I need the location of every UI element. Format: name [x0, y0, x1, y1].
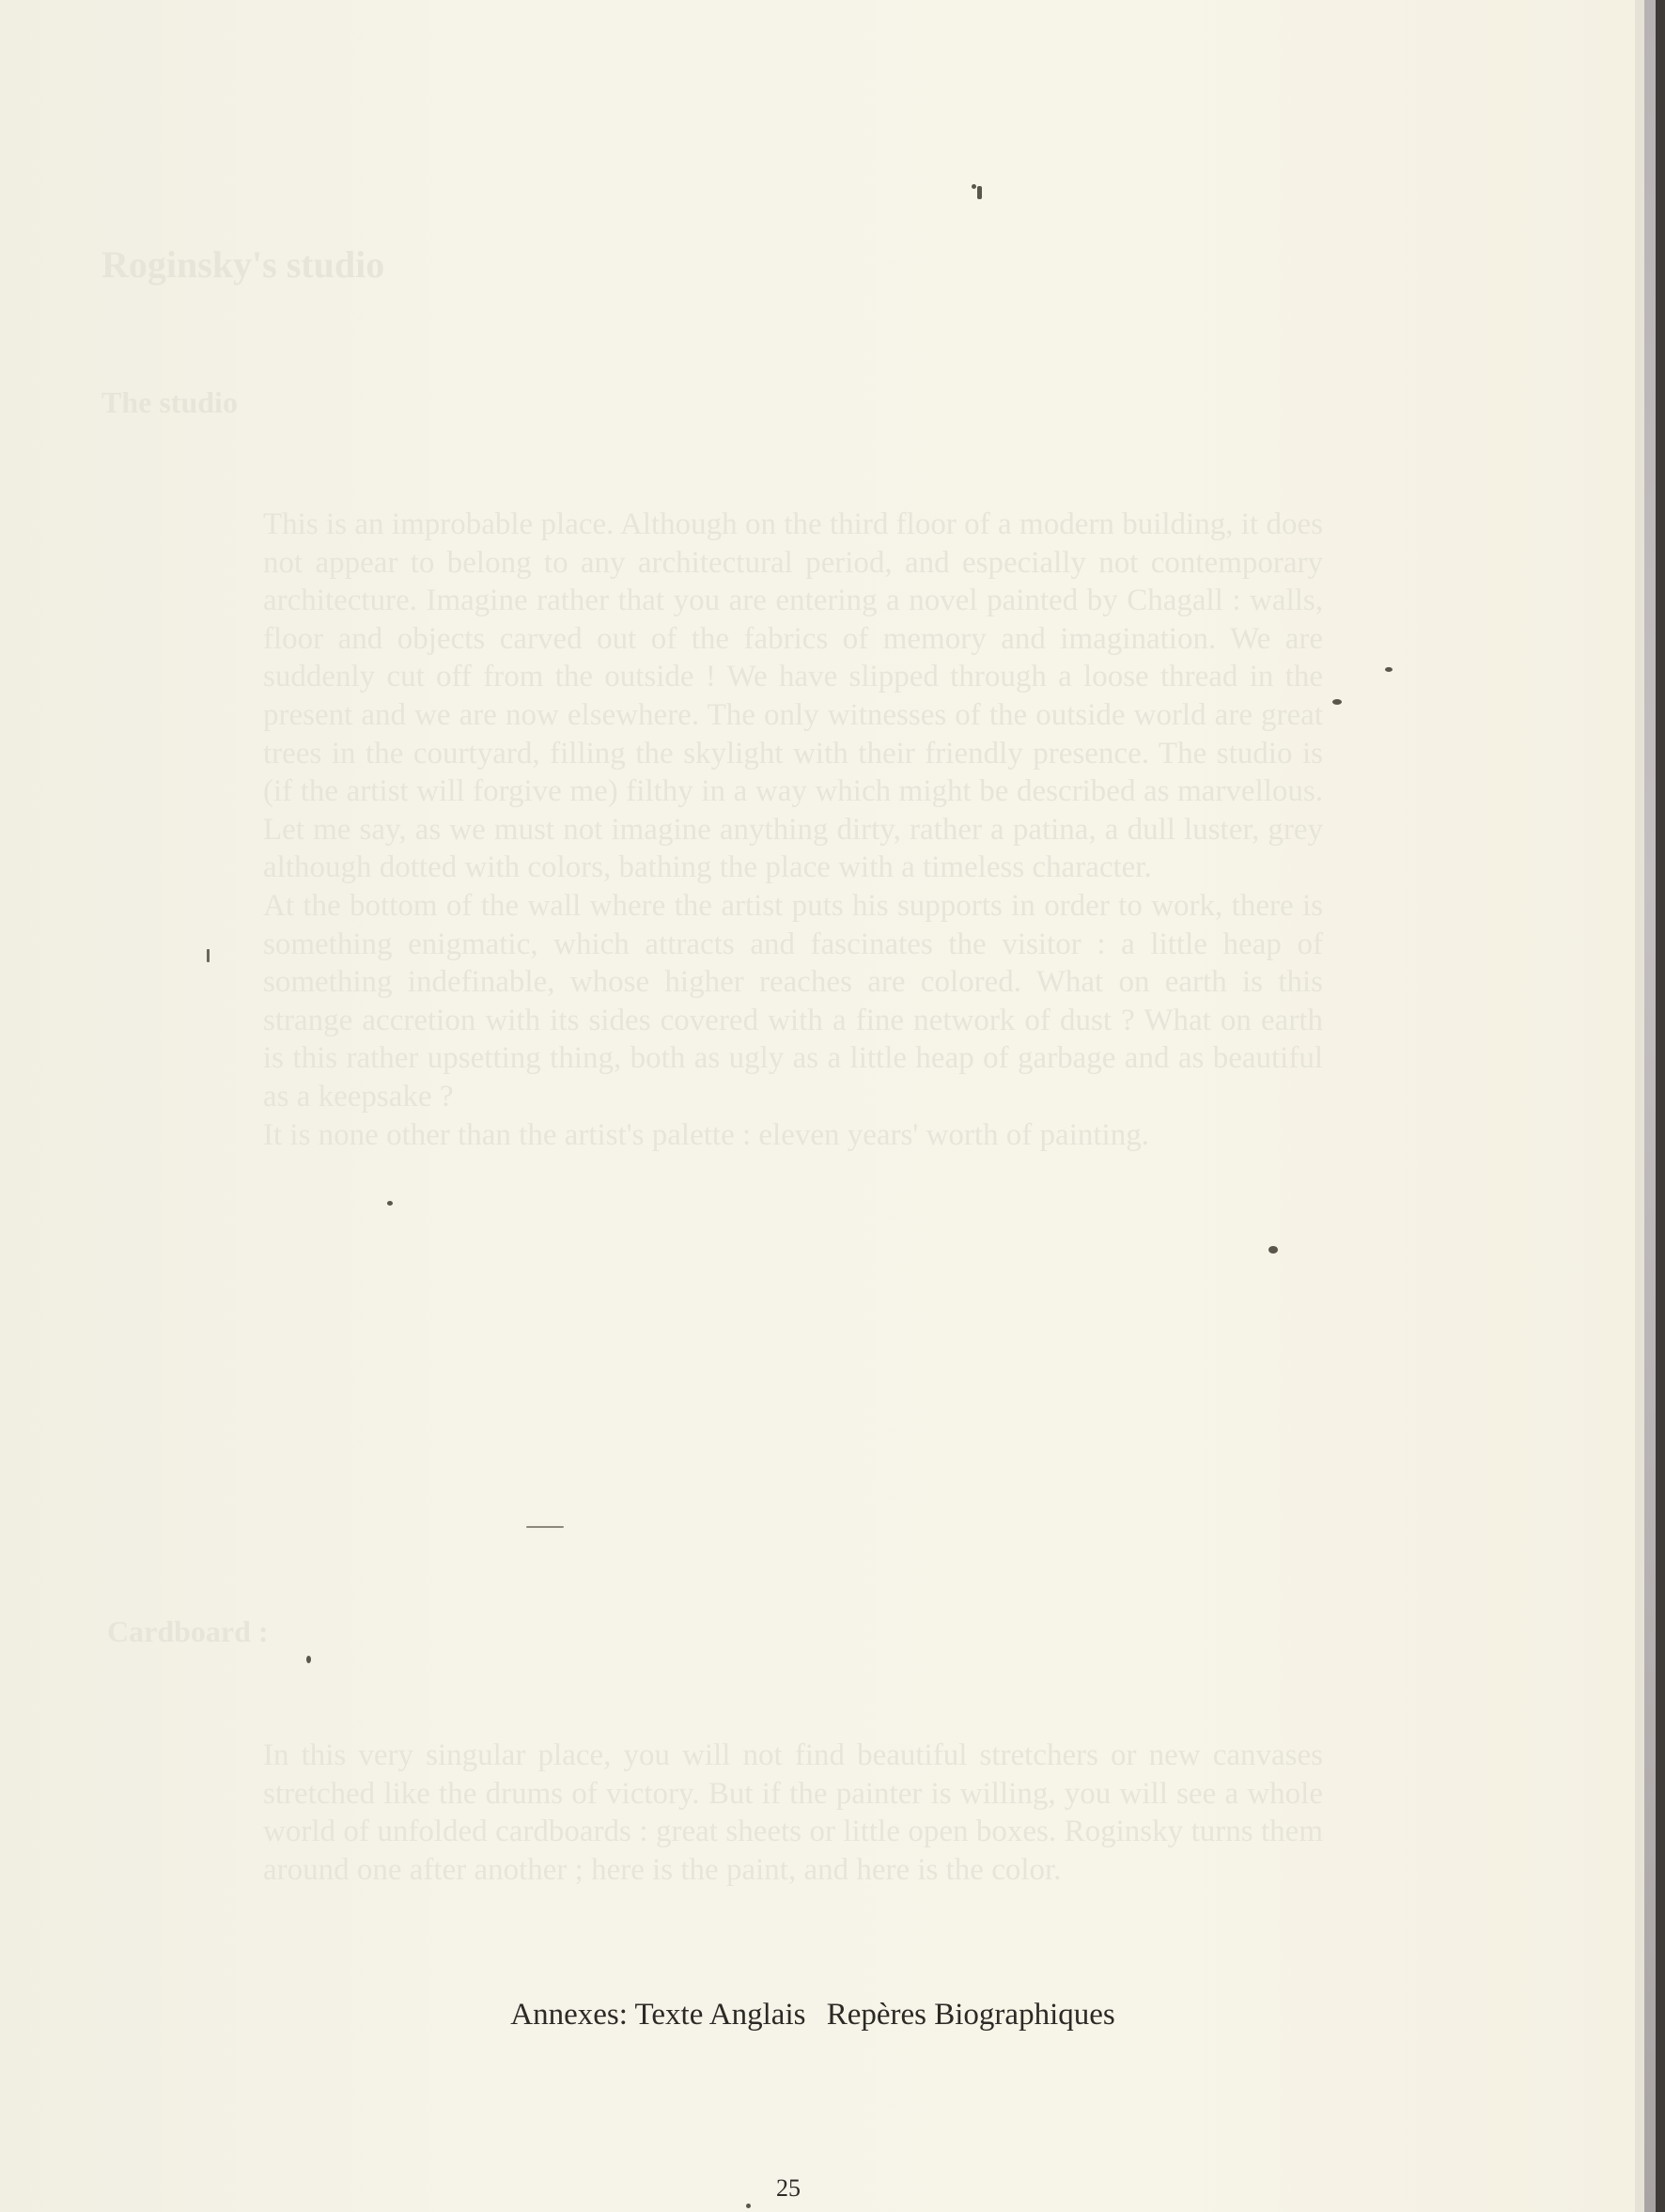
scan-speck [207, 949, 210, 962]
paragraph: This is an improbable place. Although on… [263, 506, 1323, 887]
caption-annexes: Annexes: Texte Anglais [510, 1998, 805, 2032]
scan-background [1656, 0, 1665, 2212]
studio-body: This is an improbable place. Although on… [263, 506, 1323, 1154]
scan-speck [1385, 667, 1393, 672]
cardboard-body: In this very singular place, you will no… [263, 1737, 1323, 1889]
paragraph: It is none other than the artist's palet… [263, 1116, 1323, 1155]
scan-speck [526, 1526, 564, 1528]
scan-speck [977, 186, 982, 199]
page-number: 25 [776, 2174, 801, 2203]
scan-speck [1268, 1246, 1278, 1254]
section-heading-cardboard: Cardboard : [107, 1612, 269, 1650]
paragraph: In this very singular place, you will no… [263, 1737, 1323, 1889]
page-fold [1635, 0, 1644, 2212]
page-caption: Annexes: Texte Anglais Repères Biographi… [0, 1996, 1614, 2033]
book-page: Roginsky's studio The studio This is an … [0, 0, 1640, 2212]
paragraph: At the bottom of the wall where the arti… [263, 887, 1323, 1116]
scan-speck [972, 184, 976, 189]
section-heading-studio: The studio [101, 383, 238, 421]
binding-edge [1644, 0, 1656, 2212]
scan-speck [746, 2204, 751, 2208]
scan-speck [387, 1201, 393, 1206]
caption-biography: Repères Biographiques [827, 1998, 1115, 2032]
document-title: Roginsky's studio [101, 242, 384, 288]
scan-speck [306, 1656, 311, 1663]
scan-speck [1332, 699, 1342, 705]
